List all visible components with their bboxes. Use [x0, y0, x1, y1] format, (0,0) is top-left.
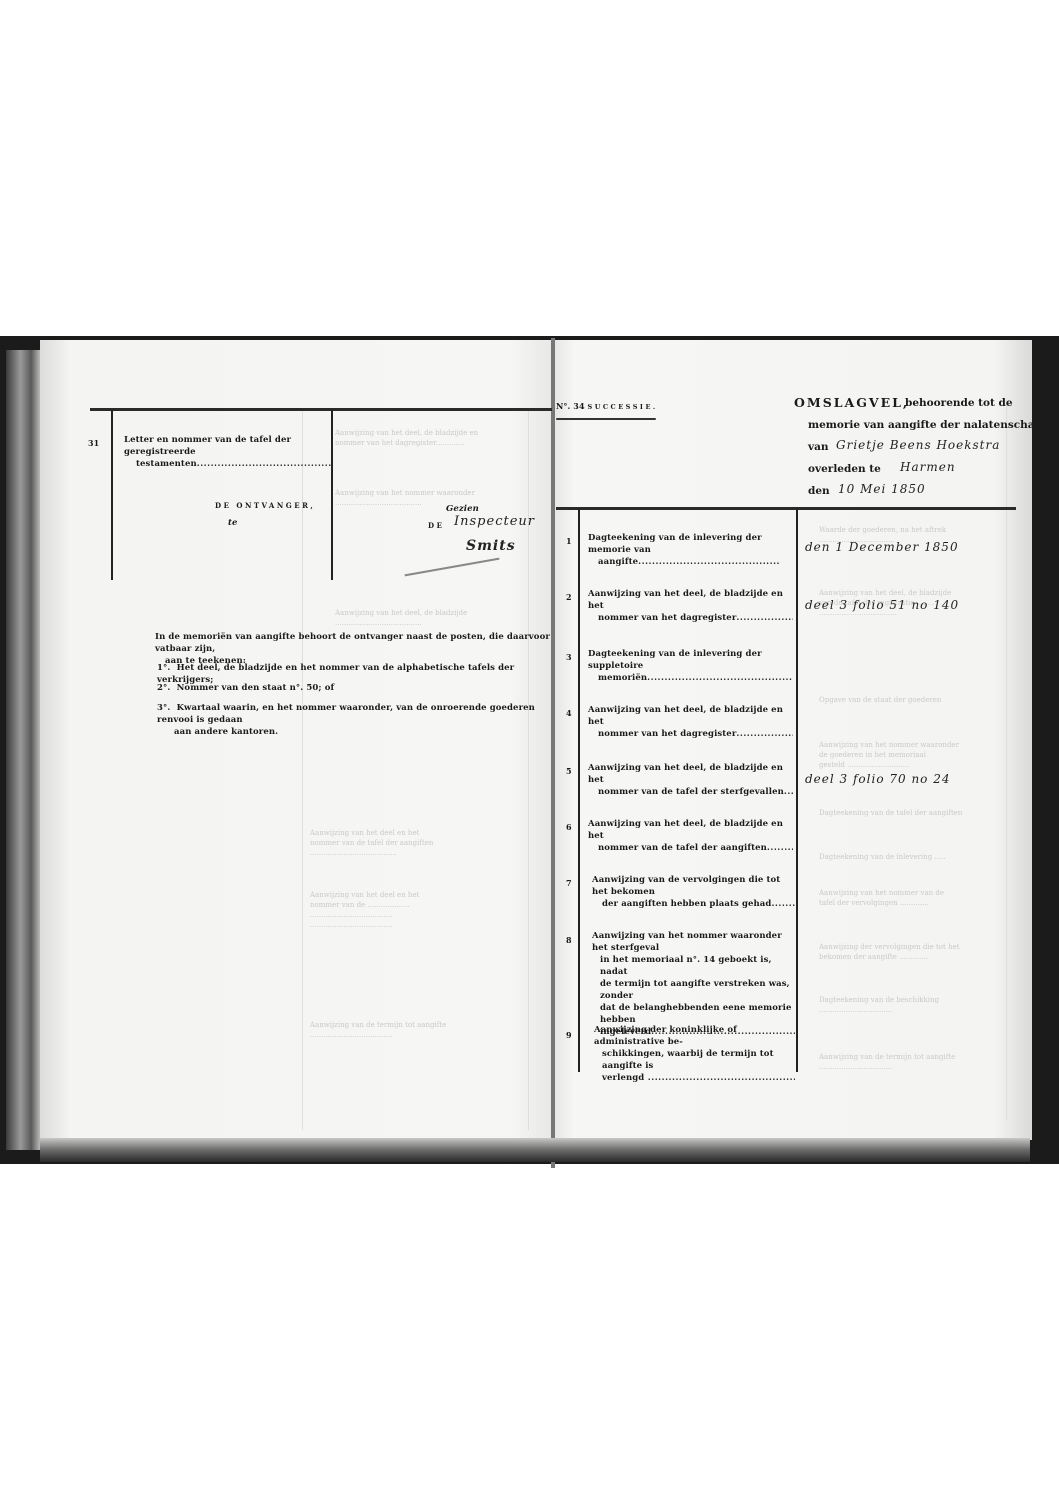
row-8-line2: in het memoriaal n°. 14 geboekt is, nada…: [592, 954, 795, 978]
row-7-line1: Aanwijzing van de vervolgingen die tot h…: [592, 874, 795, 898]
row-8-line3: de termijn tot aangifte verstreken was, …: [592, 978, 795, 1002]
row-5-line2: nommer van de tafel der sterfgevallen...…: [588, 786, 793, 798]
book-spine: [551, 338, 555, 1168]
instruction-marker-3: 3°.: [157, 703, 170, 713]
receiver-label: DE ONTVANGER,: [215, 500, 315, 512]
form-number: N°. 34: [556, 401, 585, 411]
document-title: OMSLAGVEL,: [794, 395, 909, 410]
left-column-divider-2: [331, 410, 333, 580]
row-31-label: Letter en nommer van de tafel der geregi…: [124, 434, 329, 470]
row-8-line1: Aanwijzing van het nommer waaronder het …: [592, 930, 795, 954]
row-4-line2: nommer van het dagregister..............…: [588, 728, 793, 740]
overleden-value: Harmen: [900, 460, 956, 474]
row-number-6: 6: [566, 822, 572, 832]
instruction-marker-2: 2°.: [157, 683, 170, 693]
row-9-line2: schikkingen, waarbij de termijn tot aang…: [594, 1048, 795, 1072]
row-2-label: Aanwijzing van het deel, de bladzijde en…: [588, 588, 793, 624]
de-label: DE: [428, 520, 444, 532]
row-4-line1: Aanwijzing van het deel, de bladzijde en…: [588, 704, 793, 728]
row-2-value: deel 3 folio 51 no 140: [805, 598, 959, 612]
instructions-intro-line1: In de memoriën van aangifte behoort de o…: [155, 631, 550, 655]
van-value: Grietje Beens Hoekstra: [836, 438, 1000, 452]
row-number-1: 1: [566, 536, 572, 546]
row-number-31: 31: [88, 438, 99, 448]
handwritten-signature-1: Inspecteur: [454, 514, 535, 529]
instruction-text-3-line2: aan andere kantoren.: [157, 726, 552, 738]
row-7-line2: der aangiften hebben plaats gehad.......…: [592, 898, 795, 910]
row-9-label: Aanwijzing der koninklijke of administra…: [594, 1024, 795, 1084]
row-2-line2: nommer van het dagregister..............…: [588, 612, 793, 624]
row-5-label: Aanwijzing van het deel, de bladzijde en…: [588, 762, 793, 798]
left-column-divider-1: [111, 410, 113, 580]
right-top-rule: [556, 507, 1016, 510]
row-5-value: deel 3 folio 70 no 24: [805, 772, 951, 786]
instruction-text-2: Nommer van den staat n°. 50; of: [177, 683, 335, 693]
document-title-rest: behoorende tot de: [905, 394, 1013, 412]
den-label: den: [808, 482, 830, 500]
row-4-label: Aanwijzing van het deel, de bladzijde en…: [588, 704, 793, 740]
row-7-label: Aanwijzing van de vervolgingen die tot h…: [592, 874, 795, 910]
row-3-line1: Dagteekening van de inlevering der suppl…: [588, 648, 793, 672]
form-type-underline: [556, 418, 656, 420]
book-edge-left: [6, 350, 42, 1150]
form-number-label: N°. 34 SUCCESSIE.: [556, 400, 658, 413]
row-1-value: den 1 December 1850: [805, 540, 959, 554]
overleden-label: overleden te: [808, 460, 881, 478]
row-1-label: Dagteekening van de inlevering der memor…: [588, 532, 793, 568]
left-top-rule: [90, 408, 552, 411]
receiver-place: te: [228, 517, 238, 529]
row-number-9: 9: [566, 1030, 572, 1040]
row-2-line1: Aanwijzing van het deel, de bladzijde en…: [588, 588, 793, 612]
row-8-label: Aanwijzing van het nommer waaronder het …: [592, 930, 795, 1038]
instruction-item-3: 3°. Kwartaal waarin, en het nommer waaro…: [157, 702, 552, 738]
row-9-line1: Aanwijzing der koninklijke of administra…: [594, 1024, 795, 1048]
row-9-line3: verlengd ...............................…: [594, 1072, 795, 1084]
document-subtitle: memorie van aangifte der nalatenschap: [808, 416, 1042, 434]
instruction-marker-1: 1°.: [157, 663, 170, 673]
row-6-line1: Aanwijzing van het deel, de bladzijde en…: [588, 818, 793, 842]
van-label: van: [808, 438, 829, 456]
row-number-2: 2: [566, 592, 572, 602]
row-number-4: 4: [566, 708, 572, 718]
row-1-line1: Dagteekening van de inlevering der memor…: [588, 532, 793, 556]
form-type: SUCCESSIE.: [588, 403, 658, 411]
instruction-item-2: 2°. Nommer van den staat n°. 50; of: [157, 682, 547, 694]
book-edge-bottom: [40, 1138, 1030, 1162]
right-column-divider-1: [578, 509, 580, 1072]
row-31-label-line2: testamenten.............................…: [124, 458, 329, 470]
row-8-line4: dat de belanghebbenden eene memorie hebb…: [592, 1002, 795, 1026]
den-value: 10 Mei 1850: [838, 482, 926, 496]
row-3-line2: memoriën................................…: [588, 672, 793, 684]
handwritten-signature-2: Smits: [466, 538, 516, 554]
row-31-label-line1: Letter en nommer van de tafel der geregi…: [124, 434, 329, 458]
row-number-7: 7: [566, 878, 572, 888]
row-number-5: 5: [566, 766, 572, 776]
row-5-line1: Aanwijzing van het deel, de bladzijde en…: [588, 762, 793, 786]
instruction-text-3-line1: Kwartaal waarin, en het nommer waaronder…: [157, 703, 535, 725]
row-number-8: 8: [566, 935, 572, 945]
row-6-label: Aanwijzing van het deel, de bladzijde en…: [588, 818, 793, 854]
row-1-line2: aangifte................................…: [588, 556, 793, 568]
right-column-divider-2: [796, 509, 798, 1072]
row-number-3: 3: [566, 652, 572, 662]
row-6-line2: nommer van de tafel der aangiften.......…: [588, 842, 793, 854]
row-3-label: Dagteekening van de inlevering der suppl…: [588, 648, 793, 684]
